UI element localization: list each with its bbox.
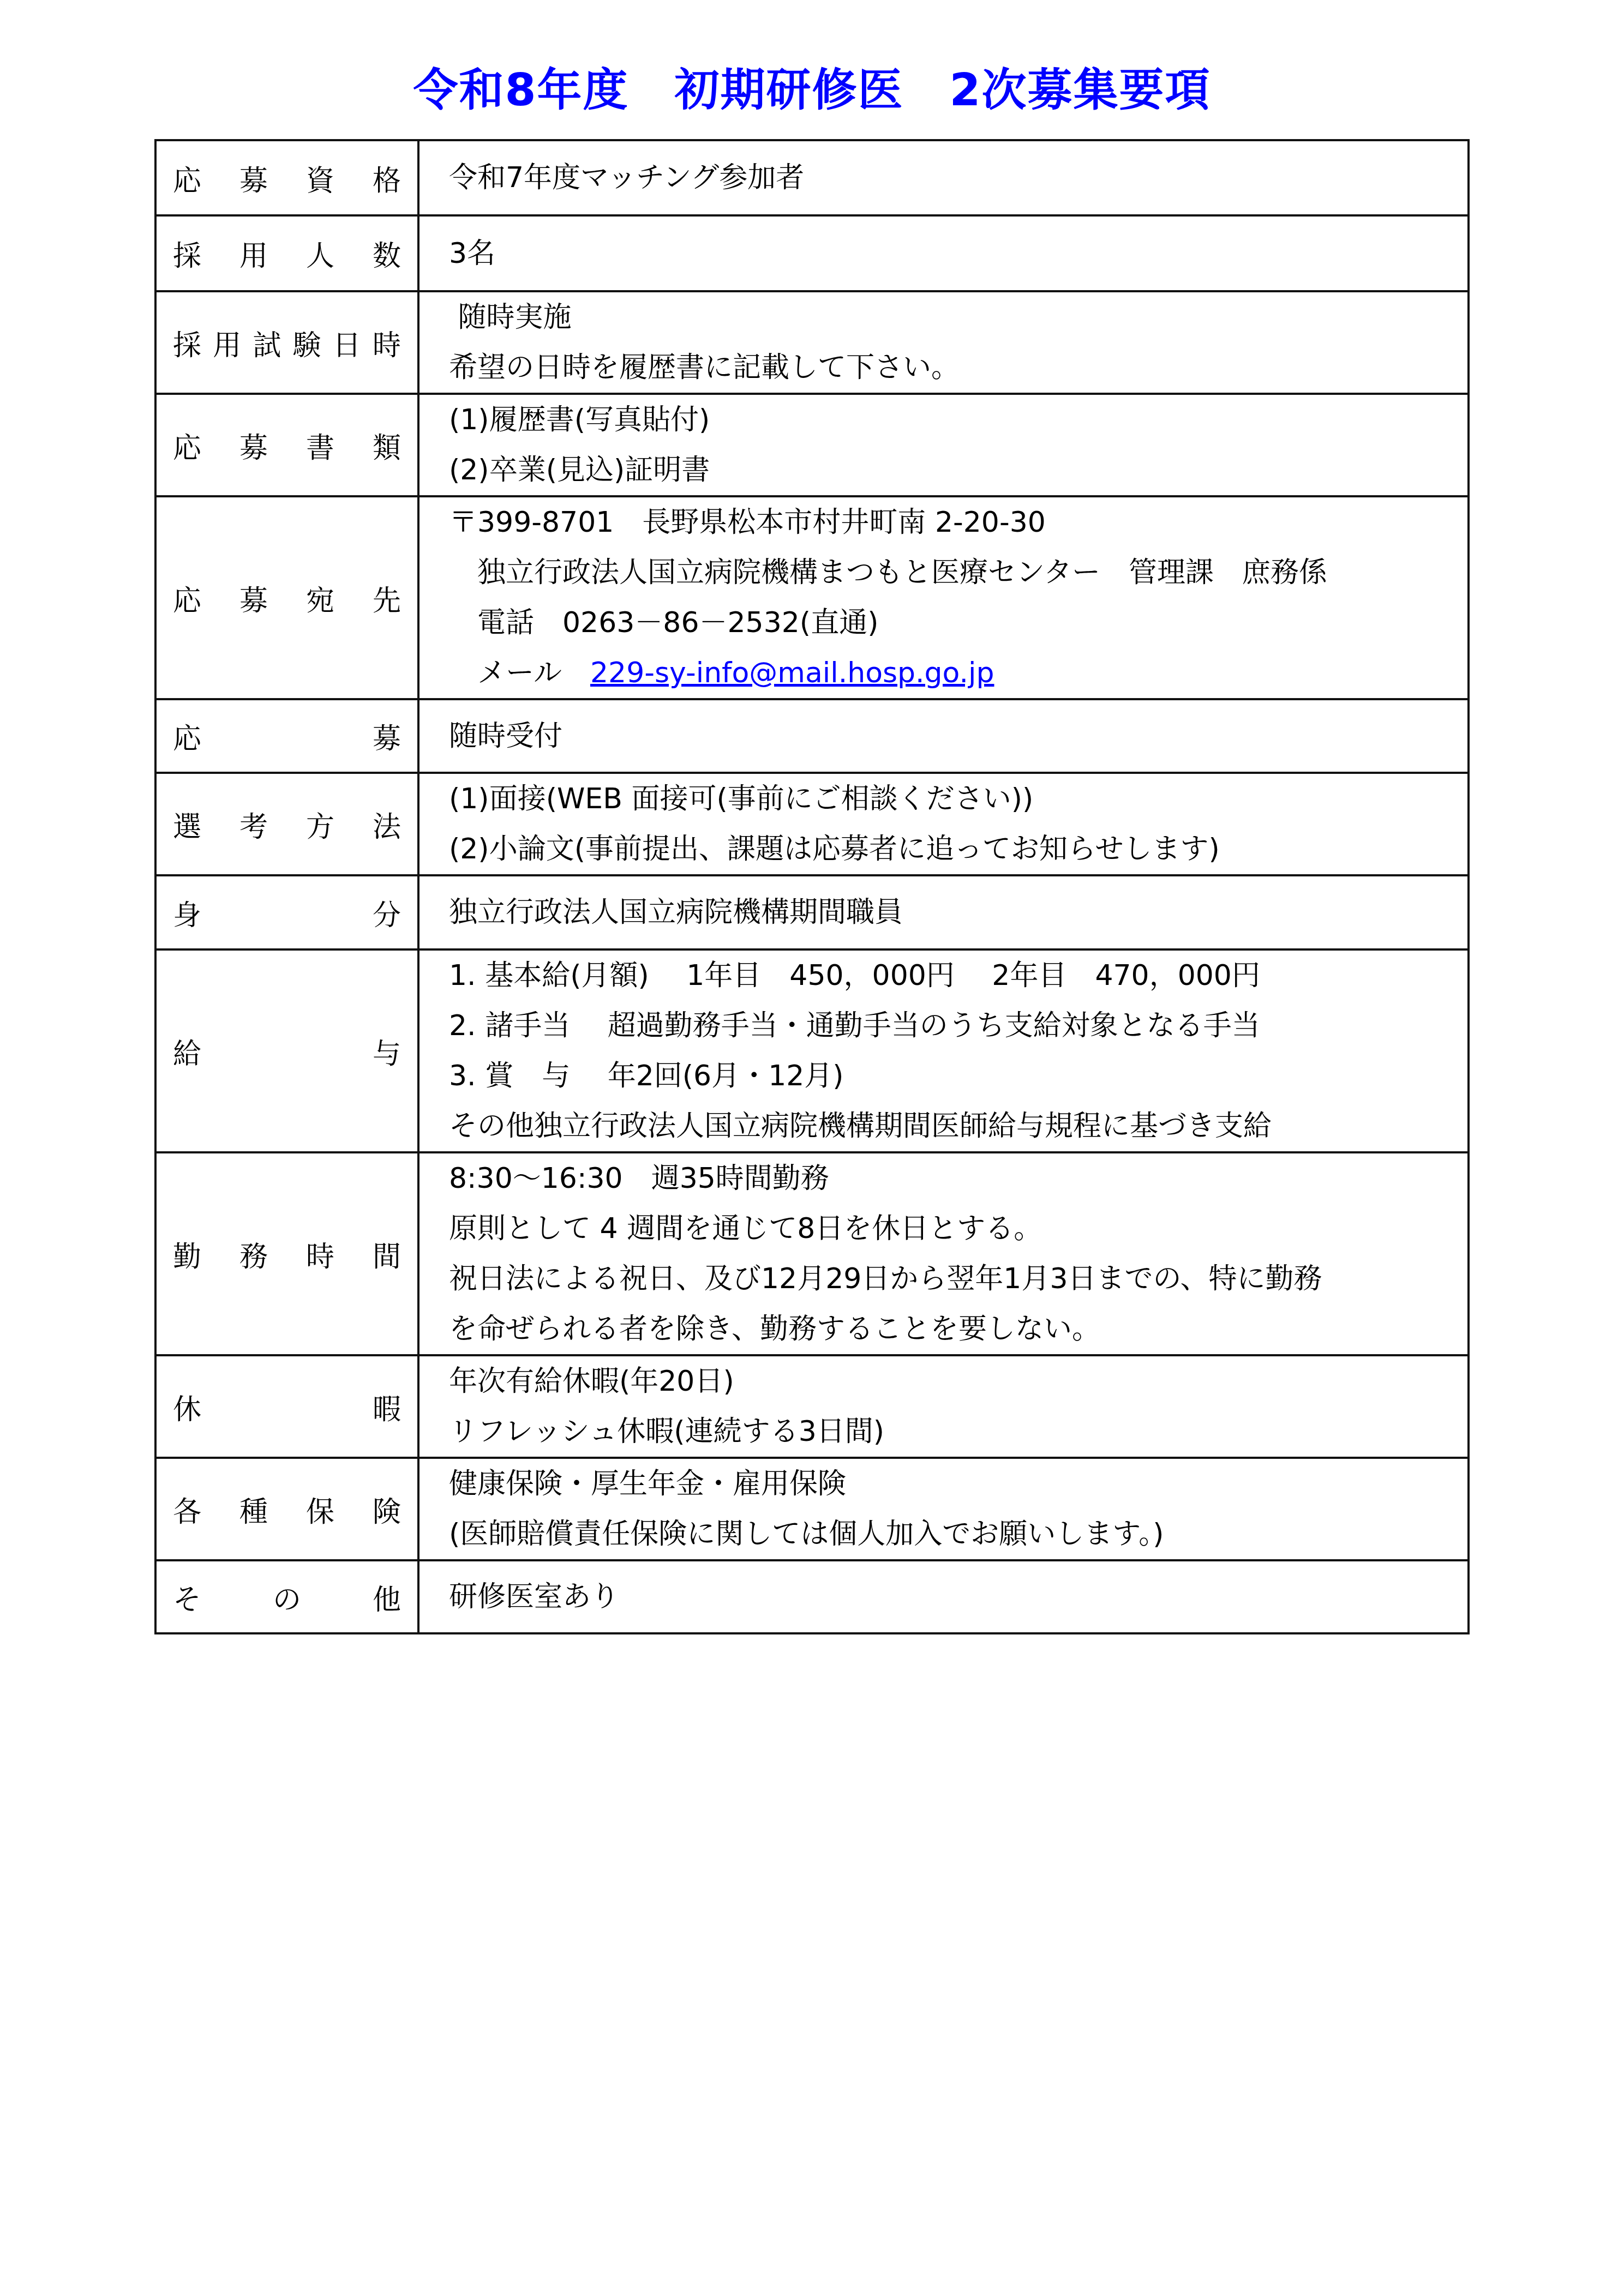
value-line: その他独立行政法人国立病院機構期間医師給与規程に基づき支給 — [449, 1101, 1454, 1151]
label-char: 身 — [173, 892, 201, 933]
value-line: 2. 諸手当 超過勤務手当・通勤手当のうち支給対象となる手当 — [449, 1001, 1454, 1051]
table-row-leave: 休暇年次有給休暇(年20日)リフレッシュ休暇(連続する3日間) — [155, 1355, 1469, 1458]
label-char: 与 — [373, 1031, 401, 1072]
label-char: そ — [173, 1577, 201, 1618]
row-label: 各種保険 — [155, 1458, 418, 1560]
row-label-text: 各種保険 — [173, 1489, 401, 1530]
table-row-insurance: 各種保険健康保険・厚生年金・雇用保険(医師賠償責任保険に関しては個人加入でお願い… — [155, 1458, 1469, 1560]
label-char: 採 — [173, 233, 201, 274]
value-line: 原則として 4 週間を通じて8日を休日とする。 — [449, 1204, 1454, 1254]
label-char: 分 — [373, 892, 401, 933]
row-label-text: 給与 — [173, 1031, 401, 1072]
label-char: 暇 — [373, 1386, 401, 1427]
email-label: メール — [449, 657, 590, 689]
row-value: 年次有給休暇(年20日)リフレッシュ休暇(連続する3日間) — [418, 1355, 1469, 1458]
row-value: 〒399-8701 長野県松本市村井町南 2-20-30 独立行政法人国立病院機… — [418, 496, 1469, 699]
label-char: 各 — [173, 1489, 201, 1530]
email-link[interactable]: 229-sy-info@mail.hosp.go.jp — [590, 657, 994, 689]
table-row-salary: 給与1. 基本給(月額) 1年目 450，000円 2年目 470，000円2.… — [155, 949, 1469, 1152]
label-char: 験 — [293, 322, 321, 363]
table-row-status: 身分独立行政法人国立病院機構期間職員 — [155, 875, 1469, 949]
label-char: 採 — [173, 322, 201, 363]
label-char: の — [273, 1577, 301, 1618]
value-line: 8:30～16:30 週35時間勤務 — [449, 1153, 1454, 1204]
label-char: 書 — [306, 425, 334, 466]
value-line: 随時受付 — [449, 711, 1454, 761]
label-char: 時 — [373, 322, 401, 363]
label-char: 募 — [239, 425, 268, 466]
label-char: 人 — [306, 233, 334, 274]
table-row-application: 応募随時受付 — [155, 699, 1469, 773]
table-row-application-documents: 応募書類(1)履歴書(写真貼付)(2)卒業(見込)証明書 — [155, 394, 1469, 496]
row-label-text: 応募宛先 — [173, 578, 401, 618]
row-label: 応募資格 — [155, 140, 418, 215]
value-line: を命ぜられる者を除き、勤務することを要しない。 — [449, 1304, 1454, 1354]
row-value: 8:30～16:30 週35時間勤務原則として 4 週間を通じて8日を休日とする… — [418, 1152, 1469, 1355]
row-label-text: 応募書類 — [173, 425, 401, 466]
row-label: その他 — [155, 1560, 418, 1633]
row-value: (1)面接(WEB 面接可(事前にご相談ください))(2)小論文(事前提出、課題… — [418, 773, 1469, 875]
row-label: 採用試験日時 — [155, 291, 418, 394]
value-line: (1)履歴書(写真貼付) — [449, 395, 1454, 445]
value-line: 電話 0263－86－2532(直通) — [449, 598, 1454, 648]
row-value: 1. 基本給(月額) 1年目 450，000円 2年目 470，000円2. 諸… — [418, 949, 1469, 1152]
label-char: 間 — [373, 1234, 401, 1275]
row-label-text: 採用人数 — [173, 233, 401, 274]
label-char: 応 — [173, 578, 201, 618]
row-label-text: 選考方法 — [173, 804, 401, 845]
label-char: 種 — [239, 1489, 268, 1530]
row-value: 独立行政法人国立病院機構期間職員 — [418, 875, 1469, 949]
row-label-text: 勤務時間 — [173, 1234, 401, 1275]
row-label-text: 採用試験日時 — [173, 322, 401, 363]
label-char: 勤 — [173, 1234, 201, 1275]
row-value: 令和7年度マッチング参加者 — [418, 140, 1469, 215]
row-label-text: その他 — [173, 1577, 401, 1618]
label-char: 給 — [173, 1031, 201, 1072]
row-label: 応募書類 — [155, 394, 418, 496]
label-char: 保 — [306, 1489, 334, 1530]
row-label: 採用人数 — [155, 215, 418, 291]
row-label-text: 応募資格 — [173, 158, 401, 199]
row-label: 応募宛先 — [155, 496, 418, 699]
value-line: 令和7年度マッチング参加者 — [449, 153, 1454, 203]
label-char: 募 — [239, 158, 268, 199]
value-line: 独立行政法人国立病院機構まつもと医療センター 管理課 庶務係 — [449, 548, 1454, 598]
value-line: 祝日法による祝日、及び12月29日から翌年1月3日までの、特に勤務 — [449, 1254, 1454, 1304]
value-line: 〒399-8701 長野県松本市村井町南 2-20-30 — [449, 497, 1454, 548]
table-row-positions: 採用人数3名 — [155, 215, 1469, 291]
row-value: (1)履歴書(写真貼付)(2)卒業(見込)証明書 — [418, 394, 1469, 496]
value-line: 独立行政法人国立病院機構期間職員 — [449, 887, 1454, 937]
label-char: 務 — [239, 1234, 268, 1275]
label-char: 休 — [173, 1386, 201, 1427]
value-line: リフレッシュ休暇(連続する3日間) — [449, 1407, 1454, 1457]
row-value: 研修医室あり — [418, 1560, 1469, 1633]
row-label: 選考方法 — [155, 773, 418, 875]
row-label: 給与 — [155, 949, 418, 1152]
label-char: 考 — [239, 804, 268, 845]
label-char: 時 — [306, 1234, 334, 1275]
label-char: 類 — [373, 425, 401, 466]
label-char: 応 — [173, 716, 201, 756]
label-char: 険 — [373, 1489, 401, 1530]
value-line: 3名 — [449, 229, 1454, 279]
label-char: 用 — [239, 233, 268, 274]
label-char: 他 — [373, 1577, 401, 1618]
email-line: メール 229-sy-info@mail.hosp.go.jp — [449, 648, 1454, 698]
table-row-working-hours: 勤務時間8:30～16:30 週35時間勤務原則として 4 週間を通じて8日を休… — [155, 1152, 1469, 1355]
value-line: (2)卒業(見込)証明書 — [449, 445, 1454, 495]
row-value: 健康保険・厚生年金・雇用保険(医師賠償責任保険に関しては個人加入でお願いします。… — [418, 1458, 1469, 1560]
row-label: 身分 — [155, 875, 418, 949]
table-row-eligibility: 応募資格令和7年度マッチング参加者 — [155, 140, 1469, 215]
label-char: 格 — [373, 158, 401, 199]
row-label: 応募 — [155, 699, 418, 773]
row-label-text: 身分 — [173, 892, 401, 933]
label-char: 資 — [306, 158, 334, 199]
value-line: 健康保険・厚生年金・雇用保険 — [449, 1459, 1454, 1509]
label-char: 先 — [373, 578, 401, 618]
table-row-exam-date: 採用試験日時 随時実施希望の日時を履歴書に記載して下さい。 — [155, 291, 1469, 394]
label-char: 宛 — [306, 578, 334, 618]
row-value: 3名 — [418, 215, 1469, 291]
row-value: 随時実施希望の日時を履歴書に記載して下さい。 — [418, 291, 1469, 394]
row-label: 勤務時間 — [155, 1152, 418, 1355]
label-char: 試 — [253, 322, 281, 363]
table-row-selection-method: 選考方法(1)面接(WEB 面接可(事前にご相談ください))(2)小論文(事前提… — [155, 773, 1469, 875]
label-char: 方 — [306, 804, 334, 845]
label-char: 応 — [173, 425, 201, 466]
value-line: 希望の日時を履歴書に記載して下さい。 — [449, 342, 1454, 393]
label-char: 募 — [239, 578, 268, 618]
label-char: 募 — [373, 716, 401, 756]
row-value: 随時受付 — [418, 699, 1469, 773]
value-line: 随時実施 — [449, 292, 1454, 342]
label-char: 応 — [173, 158, 201, 199]
value-line: (2)小論文(事前提出、課題は応募者に追ってお知らせします) — [449, 824, 1454, 874]
value-line: 1. 基本給(月額) 1年目 450，000円 2年目 470，000円 — [449, 951, 1454, 1001]
row-label-text: 休暇 — [173, 1386, 401, 1427]
label-char: 用 — [213, 322, 241, 363]
row-label-text: 応募 — [173, 716, 401, 756]
table-row-other: その他研修医室あり — [155, 1560, 1469, 1633]
label-char: 法 — [373, 804, 401, 845]
label-char: 選 — [173, 804, 201, 845]
value-line: (1)面接(WEB 面接可(事前にご相談ください)) — [449, 774, 1454, 824]
value-line: (医師賠償責任保険に関しては個人加入でお願いします。) — [449, 1509, 1454, 1559]
label-char: 数 — [373, 233, 401, 274]
value-line: 3. 賞 与 年2回(6月・12月) — [449, 1051, 1454, 1101]
row-label: 休暇 — [155, 1355, 418, 1458]
requirements-table: 応募資格令和7年度マッチング参加者採用人数3名採用試験日時 随時実施希望の日時を… — [154, 139, 1470, 1634]
page-title: 令和8年度 初期研修医 2次募集要項 — [0, 55, 1624, 118]
label-char: 日 — [333, 322, 361, 363]
value-line: 年次有給休暇(年20日) — [449, 1356, 1454, 1407]
value-line: 研修医室あり — [449, 1572, 1454, 1622]
table-row-application-address: 応募宛先〒399-8701 長野県松本市村井町南 2-20-30 独立行政法人国… — [155, 496, 1469, 699]
